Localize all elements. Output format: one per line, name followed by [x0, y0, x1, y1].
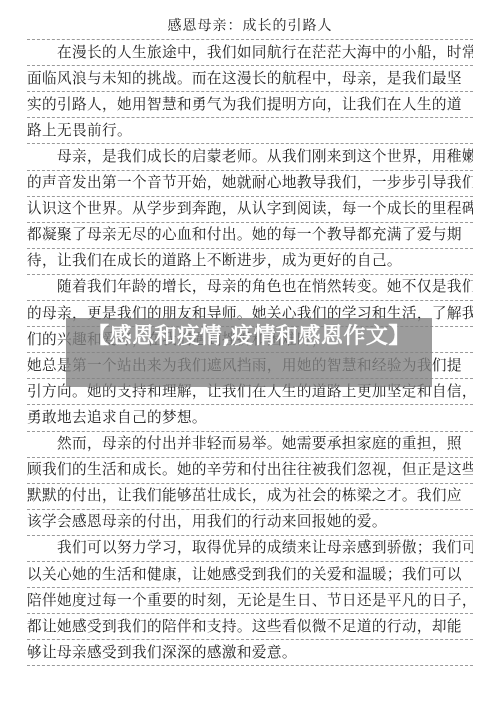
essay-text-line: 随着我们年龄的增长，母亲的角色也在悄然转变。她不仅是我们 — [27, 274, 473, 300]
essay-text-line: 实的引路人，她用智慧和勇气为我们提明方向，让我们在人生的道 — [27, 92, 473, 118]
essay-text-line: 陪伴她度过每一个重要的时刻，无论是生日、节日还是平凡的日子， — [27, 588, 473, 614]
essay-title: 感恩母亲：成长的引路人 — [0, 14, 500, 38]
handwritten-essay-page: 感恩母亲：成长的引路人 在漫长的人生旅途中，我们如同航行在茫茫大海中的小船，时常… — [0, 0, 500, 706]
title-overlay-banner: 【感恩和疫情,疫情和感恩作文】 — [66, 318, 432, 387]
essay-text-line: 勇敢地去追求自己的梦想。 — [27, 405, 473, 431]
essay-text-line: 默默的付出，让我们能够茁壮成长，成为社会的栋梁之才。我们应 — [27, 483, 473, 509]
essay-text-line: 都让她感受到我们的陪伴和支持。这些看似微不足道的行动，却能 — [27, 614, 473, 640]
essay-text-line: 面临风浪与未知的挑战。而在这漫长的航程中，母亲，是我们最坚 — [27, 66, 473, 92]
essay-text-line: 路上无畏前行。 — [27, 118, 473, 144]
essay-text-line: 认识这个世界。从学步到奔跑，从认字到阅读，每一个成长的里程碑 — [27, 196, 473, 222]
essay-text-line: 母亲，是我们成长的启蒙老师。从我们刚来到这个世界，用稚嫩 — [27, 144, 473, 170]
essay-text-line: 然而，母亲的付出并非轻而易举。她需要承担家庭的重担，照 — [27, 431, 473, 457]
essay-text-line: 我们可以努力学习，取得优异的成绩来让母亲感到骄傲；我们可 — [27, 535, 473, 561]
essay-text-line: 在漫长的人生旅途中，我们如同航行在茫茫大海中的小船，时常 — [27, 40, 473, 66]
essay-text-line: 以关心她的生活和健康，让她感受到我们的关爱和温暖；我们可以 — [27, 562, 473, 588]
overlay-banner-text: 【感恩和疫情,疫情和感恩作文】 — [66, 322, 432, 351]
essay-text-line: 待，让我们在成长的道路上不断进步，成为更好的自己。 — [27, 248, 473, 274]
essay-text-line: 该学会感恩母亲的付出，用我们的行动来回报她的爱。 — [27, 509, 473, 535]
essay-text-line: 顾我们的生活和成长。她的辛劳和付出往往被我们忽视，但正是这些 — [27, 457, 473, 483]
essay-text-line: 够让母亲感受到我们深深的感激和爱意。 — [27, 640, 473, 666]
essay-text-line: 都凝聚了母亲无尽的心血和付出。她的每一个教导都充满了爱与期 — [27, 222, 473, 248]
essay-text-line: 的声音发出第一个音节开始，她就耐心地教导我们，一步步引导我们 — [27, 170, 473, 196]
